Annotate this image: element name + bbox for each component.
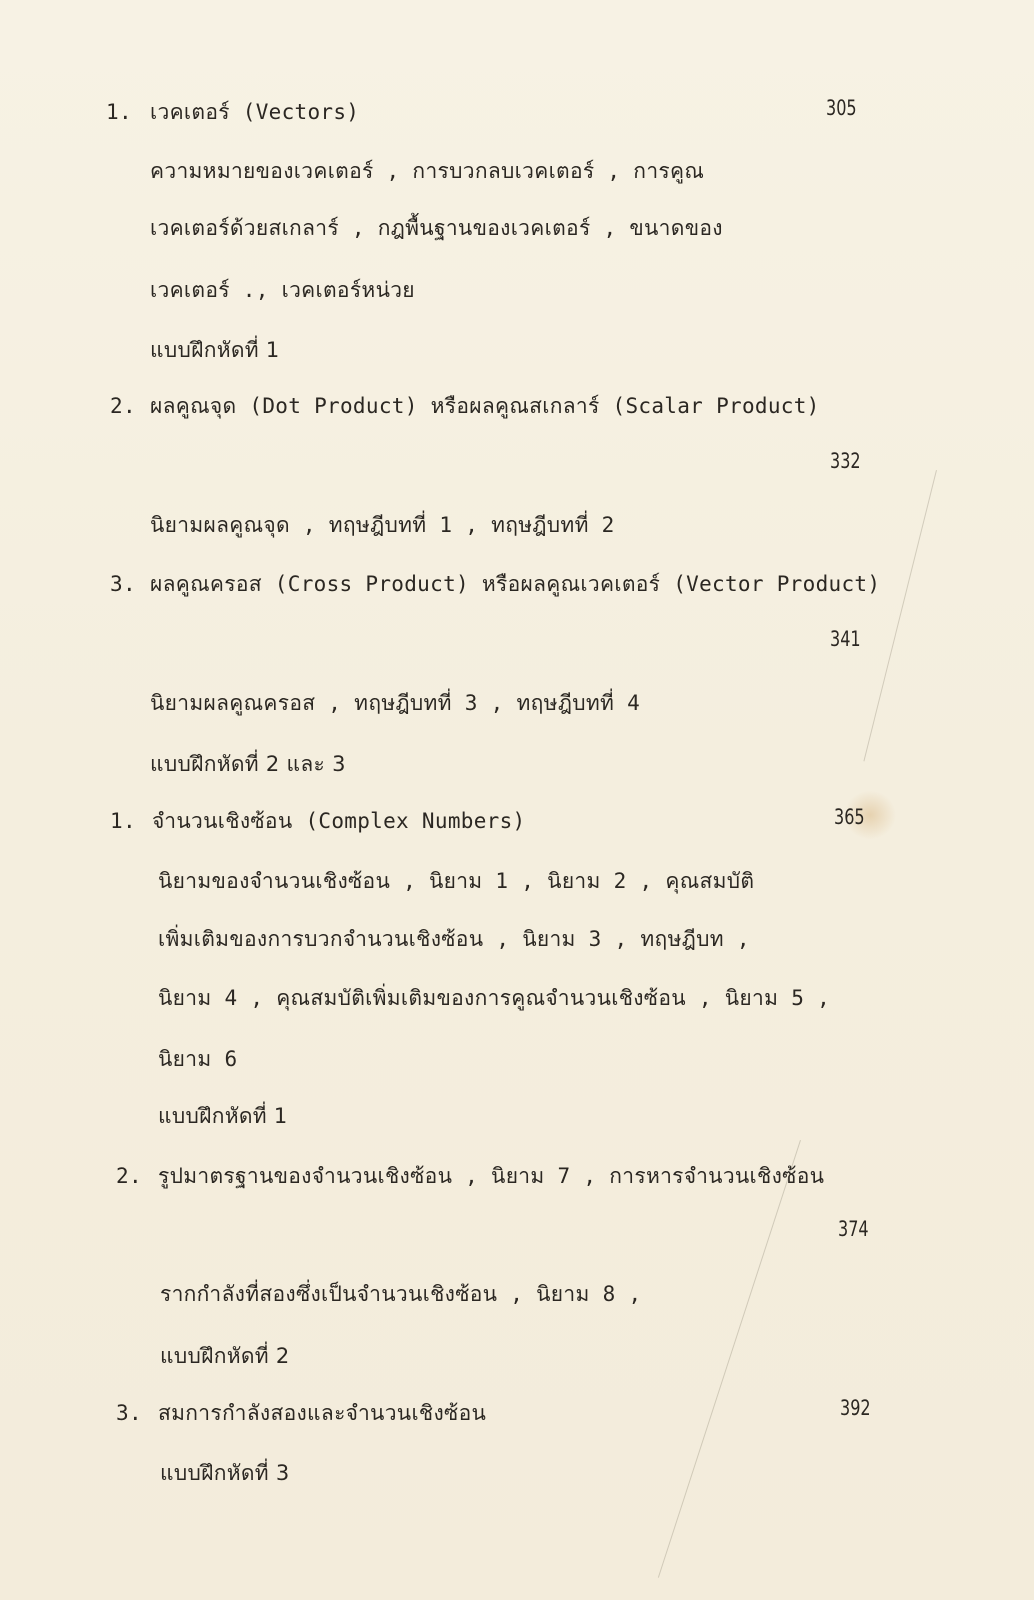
section-summary-line: นิยามผลคูณครอส , ทฤษฎีบทที่ 3 , ทฤษฎีบทท… xyxy=(150,690,640,716)
section-title: ผลคูณจุด (Dot Product) หรือผลคูณสเกลาร์ … xyxy=(150,393,820,419)
section-summary-line: รากกำลังที่สองซึ่งเป็นจำนวนเชิงซ้อน , นิ… xyxy=(160,1281,641,1307)
page-number: 341 xyxy=(830,626,861,652)
section-number: 3. xyxy=(116,1400,142,1426)
section-exercise: แบบฝึกหัดที่ 1 xyxy=(150,337,280,363)
section-summary-line: นิยาม 6 xyxy=(158,1046,237,1072)
section-summary-line: เพิ่มเติมของการบวกจำนวนเชิงซ้อน , นิยาม … xyxy=(158,926,750,952)
section-number: 2. xyxy=(116,1163,142,1189)
section-summary-line: ความหมายของเวคเตอร์ , การบวกลบเวคเตอร์ ,… xyxy=(150,158,704,184)
page-number: 332 xyxy=(830,448,861,474)
page-number: 365 xyxy=(834,804,865,830)
section-number: 1. xyxy=(106,99,132,125)
page-number: 374 xyxy=(838,1216,869,1242)
section-title: จำนวนเชิงซ้อน (Complex Numbers) xyxy=(152,808,525,834)
section-summary-line: นิยาม 4 , คุณสมบัติเพิ่มเติมของการคูณจำน… xyxy=(158,985,830,1011)
section-title: สมการกำลังสองและจำนวนเชิงซ้อน xyxy=(158,1400,486,1426)
section-number: 2. xyxy=(110,393,136,419)
section-title: รูปมาตรฐานของจำนวนเชิงซ้อน , นิยาม 7 , ก… xyxy=(158,1163,824,1189)
section-title: เวคเตอร์ (Vectors) xyxy=(150,99,359,125)
section-exercise: แบบฝึกหัดที่ 3 xyxy=(160,1460,290,1486)
section-exercise: แบบฝึกหัดที่ 2 xyxy=(160,1343,290,1369)
section-exercise: แบบฝึกหัดที่ 2 และ 3 xyxy=(150,751,346,777)
section-number: 3. xyxy=(110,571,136,597)
section-number: 1. xyxy=(110,808,136,834)
section-summary-line: นิยามผลคูณจุด , ทฤษฎีบทที่ 1 , ทฤษฎีบทที… xyxy=(150,512,615,538)
section-summary-line: เวคเตอร์ ., เวคเตอร์หน่วย xyxy=(150,277,415,303)
page-number: 392 xyxy=(840,1395,871,1421)
section-title: ผลคูณครอส (Cross Product) หรือผลคูณเวคเต… xyxy=(150,571,880,597)
page-number: 305 xyxy=(826,95,857,121)
section-exercise: แบบฝึกหัดที่ 1 xyxy=(158,1103,288,1129)
section-summary-line: เวคเตอร์ด้วยสเกลาร์ , กฎพื้นฐานของเวคเตอ… xyxy=(150,215,723,241)
section-summary-line: นิยามของจำนวนเชิงซ้อน , นิยาม 1 , นิยาม … xyxy=(158,868,754,894)
